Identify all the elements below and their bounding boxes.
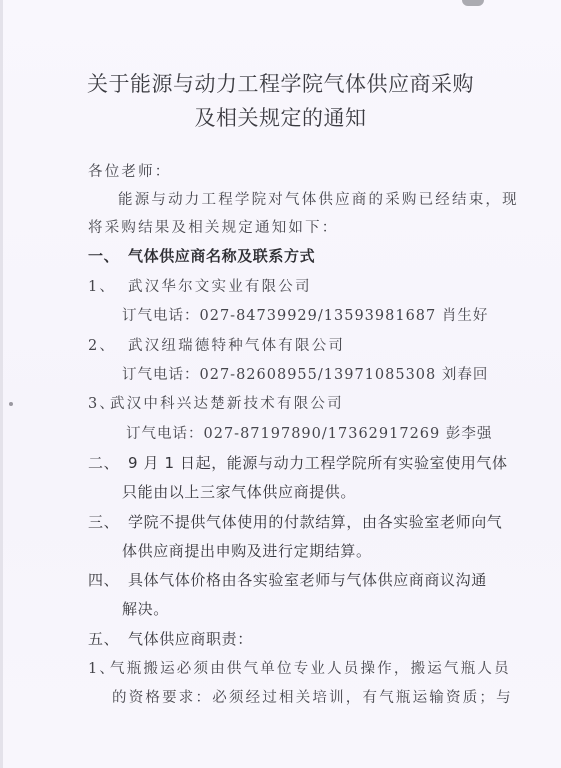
section-4-line-2: 解决。 [122, 598, 169, 619]
section-5-heading: 五、气体供应商职责： [88, 628, 253, 649]
intro-line-1: 能源与动力工程学院对气体供应商的采购已经结束，现 [118, 188, 519, 209]
scan-speck [9, 402, 13, 406]
section-3-text-1: 学院不提供气体使用的付款结算，由各实验室老师向气 [128, 513, 502, 531]
supplier-1-contact: 订气电话：027-84739929/13593981687 肖生好 [122, 304, 488, 325]
supplier-2-contact: 订气电话：027-82608955/13971085308 刘春回 [122, 363, 488, 384]
supplier-1-marker: 1、 [88, 275, 128, 296]
supplier-1-name-line: 1、武汉华尔文实业有限公司 [88, 275, 312, 296]
scanned-page: 关于能源与动力工程学院气体供应商采购 及相关规定的通知 各位老师： 能源与动力工… [0, 0, 561, 768]
duty-1-line-1: 1、气瓶搬运必须由供气单位专业人员操作，搬运气瓶人员 [88, 657, 511, 678]
supplier-3-marker: 3、 [88, 392, 110, 413]
section-5-marker: 五、 [88, 628, 128, 649]
duty-1-marker: 1、 [88, 657, 110, 678]
section-2-line-1: 二、9 月 1 日起，能源与动力工程学院所有实验室使用气体 [88, 452, 508, 473]
supplier-3-name: 武汉中科兴达楚新技术有限公司 [110, 396, 344, 412]
section-2-text-1: 9 月 1 日起，能源与动力工程学院所有实验室使用气体 [128, 454, 508, 472]
supplier-3-name-line: 3、武汉中科兴达楚新技术有限公司 [88, 392, 344, 413]
supplier-3-contact: 订气电话：027-87197890/17362917269 彭李强 [126, 422, 492, 443]
supplier-1-name: 武汉华尔文实业有限公司 [128, 279, 312, 295]
section-3-marker: 三、 [88, 511, 128, 532]
scan-corner-mark [462, 0, 484, 6]
section-3-line-1: 三、学院不提供气体使用的付款结算，由各实验室老师向气 [88, 511, 502, 532]
intro-line-2: 将采购结果及相关规定通知如下： [88, 216, 339, 237]
section-1-title: 气体供应商名称及联系方式 [128, 247, 315, 265]
supplier-2-name-line: 2、武汉纽瑞德特种气体有限公司 [88, 334, 345, 355]
duty-1-text-1: 气瓶搬运必须由供气单位专业人员操作，搬运气瓶人员 [110, 661, 511, 677]
section-3-line-2: 体供应商提出申购及进行定期结算。 [122, 540, 372, 561]
section-4-line-1: 四、具体气体价格由各实验室老师与气体供应商商议沟通 [88, 569, 487, 590]
section-1-marker: 一、 [88, 245, 128, 266]
section-5-title: 气体供应商职责： [128, 630, 253, 648]
salutation: 各位老师： [88, 160, 172, 181]
title-line-2: 及相关规定的通知 [0, 102, 561, 132]
supplier-2-marker: 2、 [88, 334, 128, 355]
section-4-marker: 四、 [88, 569, 128, 590]
title-line-1: 关于能源与动力工程学院气体供应商采购 [0, 68, 561, 98]
section-2-marker: 二、 [88, 452, 128, 473]
section-4-text-1: 具体气体价格由各实验室老师与气体供应商商议沟通 [128, 571, 487, 589]
section-2-line-2: 只能由以上三家气体供应商提供。 [122, 481, 356, 502]
supplier-2-name: 武汉纽瑞德特种气体有限公司 [128, 338, 345, 354]
section-1-heading: 一、气体供应商名称及联系方式 [88, 245, 315, 266]
duty-1-line-2: 的资格要求：必须经过相关培训，有气瓶运输资质；与 [112, 686, 513, 707]
